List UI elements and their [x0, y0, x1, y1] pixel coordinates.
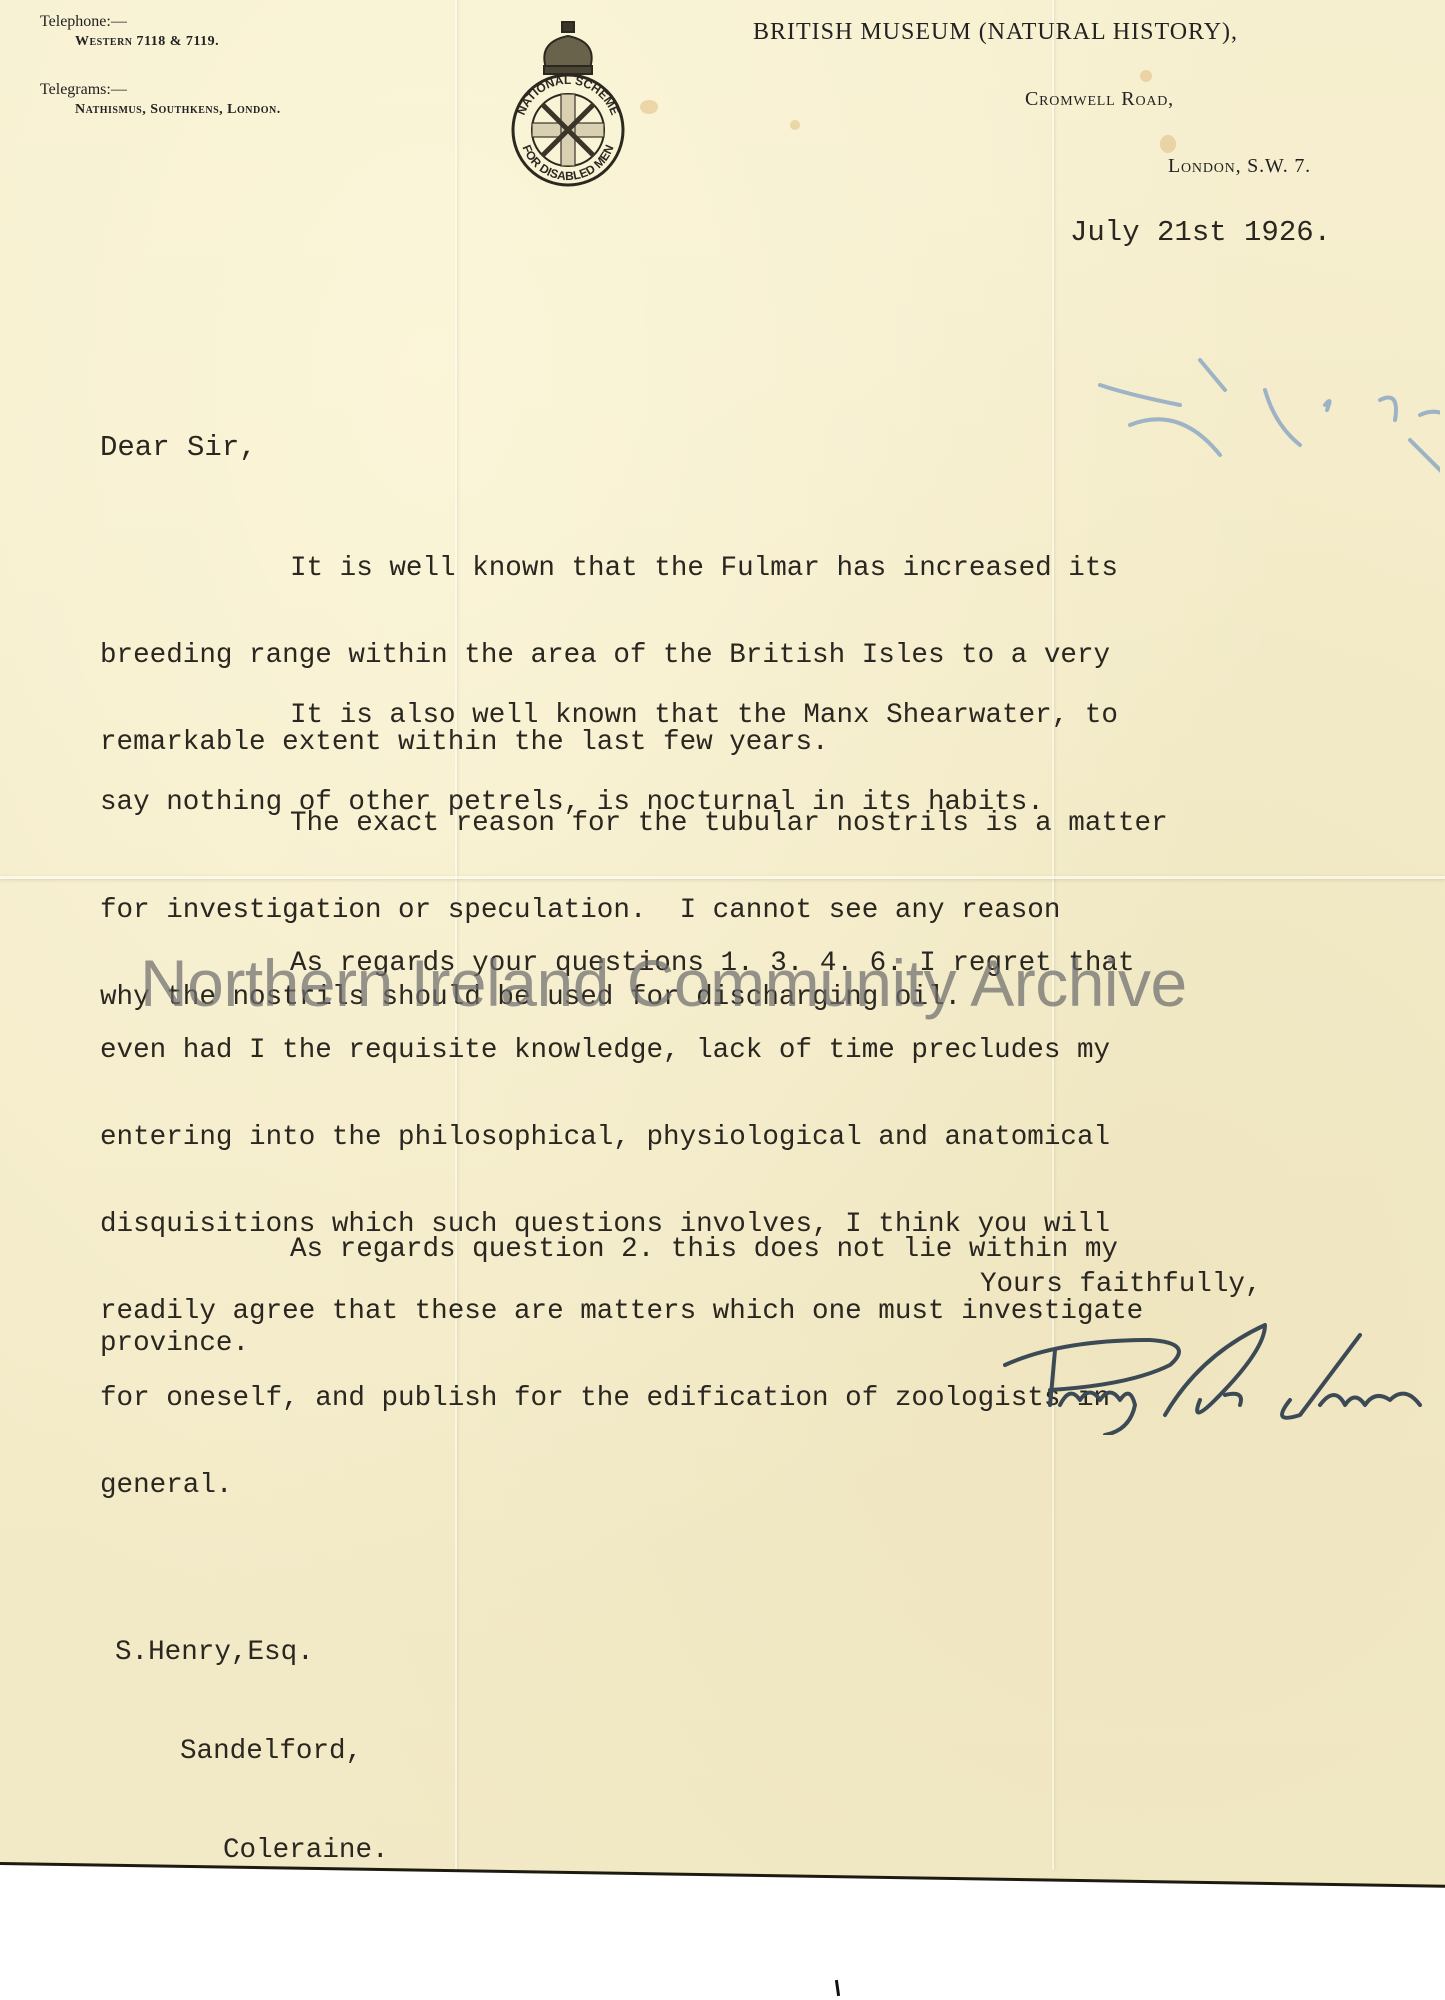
recipient-address: S.Henry,Esq. Sandelford, Coleraine.: [115, 1570, 389, 1900]
telephone-value: Western 7118 & 7119.: [40, 32, 281, 52]
pencil-annotation-scribble: [1060, 345, 1440, 495]
body-line: entering into the philosophical, physiol…: [100, 1123, 1143, 1152]
scan-mark: [835, 1980, 840, 1996]
letterhead-contact: Telephone:— Western 7118 & 7119. Telegra…: [40, 12, 281, 120]
body-line: The exact reason for the tubular nostril…: [100, 809, 1168, 838]
recipient-address-line2: Coleraine.: [115, 1834, 389, 1867]
street-address: Cromwell Road,: [1025, 88, 1174, 111]
body-line: even had I the requisite knowledge, lack…: [100, 1036, 1143, 1065]
city-address: London, S.W. 7.: [1168, 155, 1311, 178]
foxing-spot: [640, 100, 658, 114]
telegrams-label: Telegrams:—: [40, 80, 281, 100]
salutation: Dear Sir,: [100, 433, 257, 462]
body-line: It is also well known that the Manx Shea…: [100, 701, 1118, 730]
archive-watermark: Northern Ireland Community Archive: [140, 945, 1187, 1021]
crown-union-jack-badge-icon: NATIONAL SCHEME FOR DISABLED MEN: [508, 20, 628, 190]
recipient-name: S.Henry,Esq.: [115, 1636, 389, 1669]
institution-name: BRITISH MUSEUM (NATURAL HISTORY),: [753, 19, 1238, 46]
closing: Yours faithfully,: [980, 1270, 1262, 1299]
recipient-address-line1: Sandelford,: [115, 1735, 389, 1768]
body-line: general.: [100, 1471, 1143, 1500]
body-line: province.: [100, 1329, 1118, 1358]
body-line: for oneself, and publish for the edifica…: [100, 1384, 1143, 1413]
body-paragraph: As regards question 2. this does not lie…: [100, 1177, 1118, 1387]
telegrams-value: Nathismus, Southkens, London.: [40, 100, 281, 120]
handwritten-signature: Percy R. Lowe: [1000, 1305, 1430, 1435]
foxing-spot: [1140, 70, 1152, 82]
body-line: As regards question 2. this does not lie…: [100, 1235, 1118, 1271]
telephone-label: Telephone:—: [40, 12, 281, 32]
body-line: It is well known that the Fulmar has inc…: [100, 554, 1118, 583]
foxing-spot: [790, 120, 800, 130]
letter-date: July 21st 1926.: [1070, 218, 1331, 247]
foxing-spot: [1160, 135, 1176, 153]
